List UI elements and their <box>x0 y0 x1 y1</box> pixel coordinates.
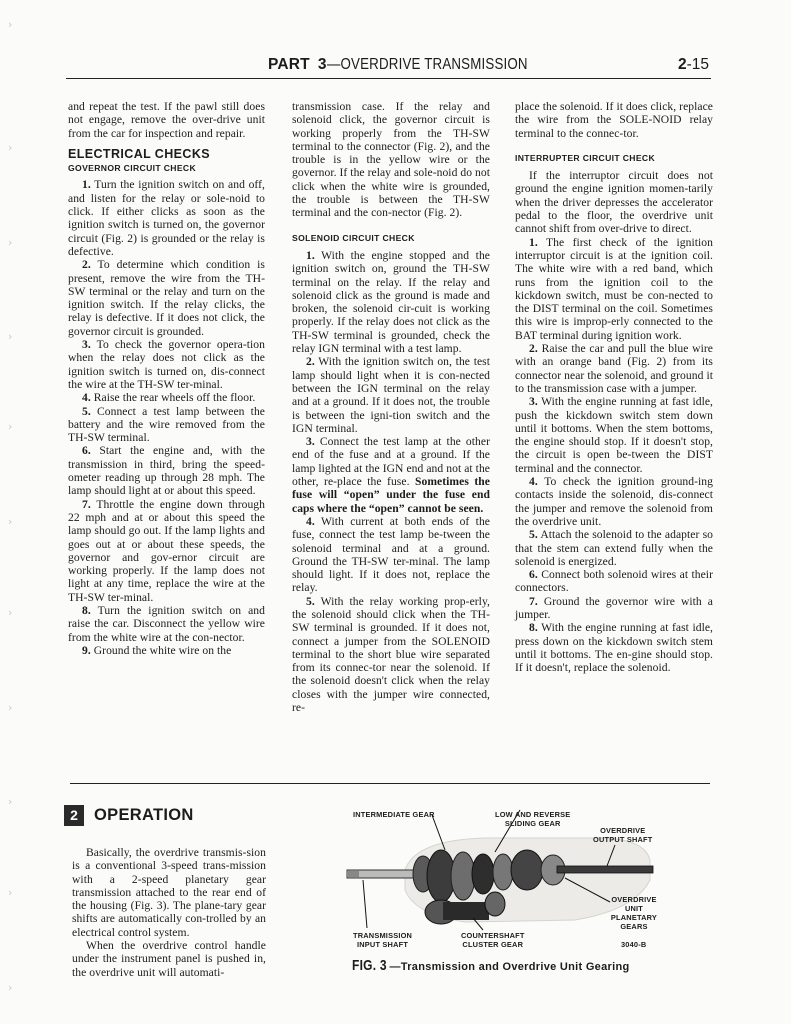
column-2: transmission case. If the relay and sole… <box>292 100 490 714</box>
part-label: PART <box>268 56 310 73</box>
column-3: place the solenoid. If it does click, re… <box>515 100 713 674</box>
step: 1. Turn the ignition switch on and off, … <box>68 178 265 258</box>
paragraph: transmission case. If the relay and sole… <box>292 100 490 220</box>
step: 1. The first check of the ignition inter… <box>515 236 713 342</box>
subsection-heading: INTERRUPTER CIRCUIT CHECK <box>515 152 713 165</box>
section-divider <box>70 783 710 784</box>
paragraph: place the solenoid. If it does click, re… <box>515 100 713 140</box>
section-heading-operation: 2 OPERATION <box>64 803 194 827</box>
page-section: 2 <box>678 56 687 73</box>
figure-3-gearing-illustration: INTERMEDIATE GEAR LOW AND REVERSE SLIDIN… <box>345 790 665 945</box>
operation-text: Basically, the overdrive transmis-sion i… <box>72 846 266 979</box>
figure-caption: FIG. 3—Transmission and Overdrive Unit G… <box>352 957 630 974</box>
figure-caption-text: —Transmission and Overdrive Unit Gearing <box>389 961 629 973</box>
subsection-heading: SOLENOID CIRCUIT CHECK <box>292 232 490 245</box>
step: 2. Raise the car and pull the blue wire … <box>515 342 713 395</box>
paragraph: When the overdrive control handle under … <box>72 939 266 979</box>
step: 6. Connect both solenoid wires at their … <box>515 568 713 595</box>
step: 4. Raise the rear wheels off the floor. <box>68 391 265 404</box>
label-planetary-gears: OVERDRIVE UNIT PLANETARY GEARS <box>603 895 665 931</box>
part-number: 3 <box>318 56 327 73</box>
section-title: OPERATION <box>94 806 194 825</box>
label-low-reverse-gear: LOW AND REVERSE SLIDING GEAR <box>495 810 570 828</box>
paragraph: If the interruptor circuit does not grou… <box>515 169 713 235</box>
label-output-shaft: OVERDRIVE OUTPUT SHAFT <box>593 826 652 844</box>
binder-hole-mark: › <box>8 422 14 432</box>
step: 9. Ground the white wire on the <box>68 644 265 657</box>
step: 6. Start the engine and, with the transm… <box>68 444 265 497</box>
binder-hole-mark: › <box>8 238 14 248</box>
label-input-shaft: TRANSMISSION INPUT SHAFT <box>353 931 412 949</box>
page-header: PART3—OVERDRIVE TRANSMISSION 2-15 <box>66 56 711 79</box>
step: 7. Throttle the engine down through 22 m… <box>68 498 265 604</box>
column-1: and repeat the test. If the pawl still d… <box>68 100 265 657</box>
step: 5. Connect a test lamp between the batte… <box>68 405 265 445</box>
binder-hole-mark: › <box>8 143 14 153</box>
page-index: -15 <box>687 56 709 73</box>
step: 3. To check the governor opera-tion when… <box>68 338 265 391</box>
paragraph: and repeat the test. If the pawl still d… <box>68 100 265 140</box>
step: 4. To check the ignition ground-ing cont… <box>515 475 713 528</box>
binder-hole-mark: › <box>8 983 14 993</box>
section-number-badge: 2 <box>64 805 84 826</box>
part-name: —OVERDRIVE TRANSMISSION <box>327 56 528 74</box>
binder-hole-mark: › <box>8 608 14 618</box>
step: 3. With the engine running at fast idle,… <box>515 395 713 475</box>
binder-hole-mark: › <box>8 703 14 713</box>
step: 2. To determine which condition is prese… <box>68 258 265 338</box>
label-intermediate-gear: INTERMEDIATE GEAR <box>353 810 435 819</box>
label-countershaft-cluster: COUNTERSHAFT CLUSTER GEAR <box>461 931 525 949</box>
subsection-heading: GOVERNOR CIRCUIT CHECK <box>68 162 265 175</box>
binder-hole-mark: › <box>8 20 14 30</box>
section-heading: ELECTRICAL CHECKS <box>68 148 265 161</box>
part-title: PART3—OVERDRIVE TRANSMISSION <box>268 56 560 74</box>
step: 3. Connect the test lamp at the other en… <box>292 435 490 515</box>
binder-hole-mark: › <box>8 888 14 898</box>
step: 5. Attach the solenoid to the adapter so… <box>515 528 713 568</box>
step: 5. With the relay working prop-erly, the… <box>292 595 490 715</box>
figure-code: 3040-B <box>621 940 646 949</box>
step: 8. With the engine running at fast idle,… <box>515 621 713 674</box>
figure-number: FIG. 3 <box>352 957 387 974</box>
step: 1. With the engine stopped and the ignit… <box>292 249 490 355</box>
step: 8. Turn the ignition switch on and raise… <box>68 604 265 644</box>
binder-hole-mark: › <box>8 517 14 527</box>
binder-hole-mark: › <box>8 332 14 342</box>
binder-hole-mark: › <box>8 797 14 807</box>
paragraph: Basically, the overdrive transmis-sion i… <box>72 846 266 939</box>
step: 4. With current at both ends of the fuse… <box>292 515 490 595</box>
page-number: 2-15 <box>678 56 709 74</box>
step: 2. With the ignition switch on, the test… <box>292 355 490 435</box>
step: 7. Ground the governor wire with a jumpe… <box>515 595 713 622</box>
